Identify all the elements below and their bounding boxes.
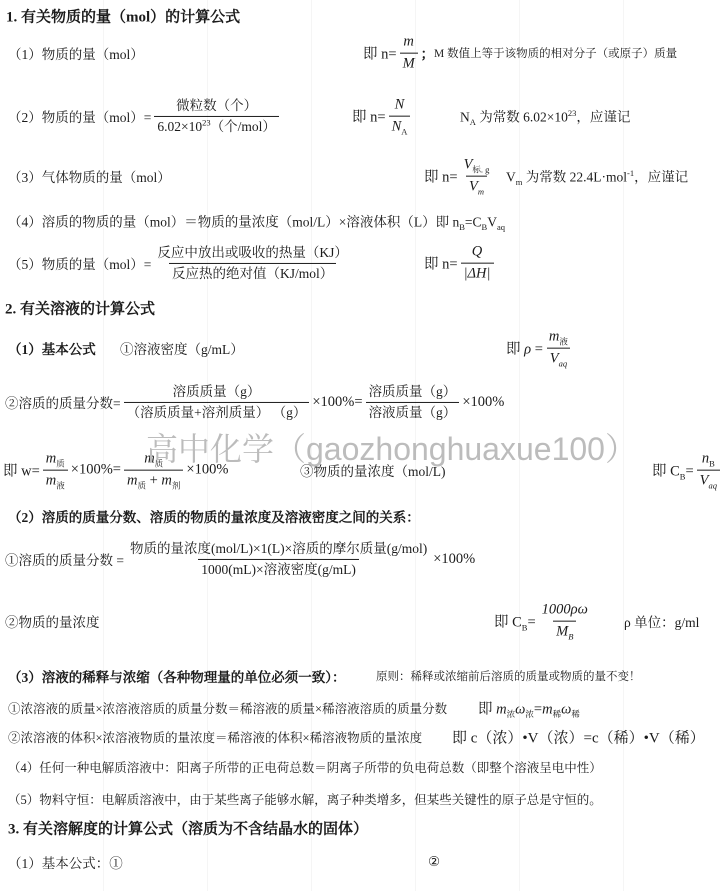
text: （4）任何一种电解质溶液中：阳离子所带的正电荷总数＝阴离子所带的负电荷总数（即整…: [8, 758, 602, 776]
item-text: （5）物料守恒：电解质溶液中，由于某些离子能够水解，离子种类增多，但某些关键性的…: [8, 790, 602, 808]
equation: 即 ρ = m液 Vaq: [506, 327, 574, 370]
section-3-title: 3. 有关溶解度的计算公式（溶质为不含结晶水的固体）: [8, 818, 368, 839]
equation: 即 m浓ω浓=m稀ω稀: [478, 697, 580, 718]
item-label: （5）物质的量（mol）= 反应中放出或吸收的热量（KJ） 反应热的绝对值（KJ…: [8, 243, 354, 283]
subscript: aq: [497, 222, 505, 232]
variable: ω: [561, 701, 571, 717]
numerator: 微粒数（个）: [173, 96, 260, 116]
formula-line-1-4: （4）溶质的物质的量（mol）＝物质的量浓度（mol/L）×溶液体积（L）即 n…: [0, 208, 726, 234]
numerator: m: [400, 32, 416, 53]
numerator: m质: [43, 449, 68, 470]
subsection-title: （3）溶液的稀释与浓缩（各种物理量的单位必须一致）：: [8, 666, 346, 686]
label-text: ②物质的量浓度: [5, 611, 100, 631]
den-text: N: [392, 119, 402, 135]
item-2-4: （4）任何一种电解质溶液中：阳离子所带的正电荷总数＝阴离子所带的负电荷总数（即整…: [0, 756, 726, 778]
formula-line-3-1: （1）基本公式：① ②: [0, 850, 726, 874]
formula-line-2-5: ②物质的量浓度 即 CB= 1000ρω MB ρ 单位：g/ml: [0, 596, 726, 646]
den-text: m: [161, 473, 171, 489]
title-text: 3. 有关溶解度的计算公式（溶质为不含结晶水的固体）: [8, 818, 368, 839]
note-part: 为常数 6.02×10: [476, 109, 568, 124]
equation: 即 w= m质 m液 ×100%= m质 m质 + m剂 ×100%: [3, 449, 228, 492]
note-part: 为常数 22.4L·mol: [522, 169, 627, 184]
eq-part: =: [527, 614, 535, 630]
unit-note: ρ 单位：g/ml: [624, 611, 699, 631]
denominator: 1000(mL)×溶液密度(g/mL): [198, 559, 359, 580]
fraction: 溶质质量（g） （溶质质量+溶剂质量） （g）: [124, 382, 310, 422]
denominator: NA: [389, 116, 411, 138]
fraction: m液 Vaq: [546, 327, 571, 370]
section-2-title: 2. 有关溶液的计算公式: [5, 298, 155, 319]
num-subscript: 质: [56, 459, 65, 469]
eq-part: =: [685, 463, 693, 479]
text: ①溶液密度（g/mL）: [120, 338, 244, 358]
formula-line-2-7: ②浓溶液的体积×浓溶液物质的量浓度＝稀溶液的体积×稀溶液物质的量浓度 即 c（浓…: [0, 724, 726, 750]
numerator: Q: [469, 242, 485, 263]
equation: 即 CB= 1000ρω MB: [494, 600, 594, 643]
label-text: （2）物质的量（mol）=: [8, 106, 151, 126]
equation: 即 c（浓）•V（浓）=c（稀）•V（稀）: [452, 727, 705, 748]
text-part: V: [487, 214, 497, 229]
equation-prefix: 即 CB=: [494, 610, 536, 631]
fraction: 反应中放出或吸收的热量（KJ） 反应热的绝对值（KJ/mol）: [154, 243, 351, 283]
num-subscript: 液: [559, 337, 568, 347]
text: ③物质的量浓度（mol/L): [300, 460, 446, 480]
numerator: 1000ρω: [539, 600, 591, 621]
label-text: （1）物质的量（mol）: [8, 43, 144, 63]
eq-part: 即 C: [652, 463, 680, 479]
fraction: V标. g Vm: [461, 155, 493, 198]
eq-part: =: [534, 701, 542, 717]
eq-part: 即 C: [494, 614, 522, 630]
mid-operator: ×100%=: [71, 462, 121, 479]
formula-line-2-3: 即 w= m质 m液 ×100%= m质 m质 + m剂 ×100% ③物质的量…: [0, 438, 726, 502]
section-3: 3. 有关溶解度的计算公式（溶质为不含结晶水的固体）: [0, 816, 726, 840]
eq-part: =: [531, 342, 543, 358]
text-part: （4）溶质的物质的量（mol）＝物质的量浓度（mol/L）×溶液体积（L）即 n: [8, 214, 459, 229]
title-text: （3）溶液的稀释与浓缩（各种物理量的单位必须一致）：: [8, 666, 346, 686]
den-text: V: [469, 179, 478, 195]
den-text: m: [127, 473, 137, 489]
tail-operator: ×100%: [462, 394, 504, 411]
equation-text: 即 m浓ω浓=m稀ω稀: [478, 697, 580, 718]
fraction: m质 m液: [43, 449, 68, 492]
label-text: （1）基本公式: [8, 338, 96, 358]
fraction: 微粒数（个） 6.02×1023（个/mol）: [154, 96, 279, 136]
denominator: MB: [553, 621, 576, 643]
equation: ②溶质的质量分数= 溶质质量（g） （溶质质量+溶剂质量） （g） ×100%=…: [5, 382, 504, 422]
variable: V: [506, 169, 516, 184]
denominator: |ΔH|: [461, 263, 494, 285]
note: M 数值上等于该物质的相对分子（或原子）质量: [434, 45, 677, 61]
formula-line-2-1: （1）基本公式 ①溶液密度（g/mL） 即 ρ = m液 Vaq: [0, 324, 726, 372]
den-subscript: 质: [137, 480, 146, 490]
note: NA 为常数 6.02×1023，应谨记: [460, 105, 630, 126]
den-text: V: [550, 351, 559, 367]
item-text: （4）任何一种电解质溶液中：阳离子所带的正电荷总数＝阴离子所带的负电荷总数（即整…: [8, 758, 602, 776]
denominator: 6.02×1023（个/mol）: [154, 116, 279, 137]
item-label-2: ②: [428, 854, 440, 870]
denominator: m液: [43, 470, 68, 492]
text-part: =C: [465, 214, 482, 229]
denominator: 溶液质量（g）: [366, 402, 460, 423]
label-text: ②溶质的质量分数=: [5, 392, 121, 412]
variable: ω: [515, 701, 525, 717]
denominator: 反应热的绝对值（KJ/mol）: [169, 263, 336, 284]
fraction: 1000ρω MB: [539, 600, 591, 643]
note-part: ，应谨记: [576, 109, 630, 124]
equation-prefix: 即 w=: [3, 460, 40, 481]
subscript: 浓: [507, 709, 516, 719]
fraction: 物质的量浓度(mol/L)×1(L)×溶质的摩尔质量(g/mol) 1000(m…: [127, 539, 430, 579]
equation: 即 n= Q |ΔH|: [424, 242, 497, 285]
item-label: （2）物质的量（mol）= 微粒数（个） 6.02×1023（个/mol）: [8, 96, 282, 136]
numerator: m液: [546, 327, 571, 348]
formula-line-1-3: （3）气体物质的量（mol） 即 n= V标. g Vm Vm 为常数 22.4…: [0, 150, 726, 202]
equation: 即 CB= nB Vaq: [652, 449, 723, 492]
num-subscript: B: [709, 459, 715, 469]
numerator: 溶质质量（g）: [366, 382, 460, 402]
denominator: m质 + m剂: [124, 470, 183, 492]
numerator: V标. g: [461, 155, 493, 176]
fraction: nB Vaq: [697, 449, 720, 492]
section-1: 1. 有关物质的量（mol）的计算公式: [0, 4, 726, 28]
eq-part: 即: [506, 342, 524, 358]
formula-line-1-2: （2）物质的量（mol）= 微粒数（个） 6.02×1023（个/mol） 即 …: [0, 90, 726, 142]
denominator: M: [400, 53, 418, 75]
sub-item-3: ③物质的量浓度（mol/L): [300, 460, 446, 480]
note-text: M 数值上等于该物质的相对分子（或原子）质量: [434, 45, 677, 61]
variable: N: [460, 109, 470, 124]
title-text: 2. 有关溶液的计算公式: [5, 298, 155, 319]
equation-text: 即 c（浓）•V（浓）=c（稀）•V（稀）: [452, 727, 705, 748]
den-text: m: [46, 473, 56, 489]
numerator: nB: [699, 449, 718, 470]
num-subscript: 质: [155, 459, 164, 469]
fraction: Q |ΔH|: [461, 242, 494, 285]
variable: m: [542, 701, 552, 717]
label-text: ②: [428, 854, 440, 870]
equation-prefix: 即 n=: [424, 253, 458, 274]
page-background: 高中化学（gaozhonghuaxue100） 1. 有关物质的量（mol）的计…: [0, 0, 726, 891]
title-text: 1. 有关物质的量（mol）的计算公式: [6, 6, 240, 27]
equation: ①溶质的质量分数 = 物质的量浓度(mol/L)×1(L)×溶质的摩尔质量(g/…: [5, 539, 475, 579]
den-subscript: 液: [56, 480, 65, 490]
num-text: m: [549, 329, 559, 345]
num-text: m: [144, 451, 154, 467]
subsection-2-3: （3）溶液的稀释与浓缩（各种物理量的单位必须一致）： 原则：稀释或浓缩前后溶质的…: [0, 664, 726, 688]
equation: 即 n= V标. g Vm: [424, 155, 495, 198]
equation-prefix: 即 CB=: [652, 459, 694, 480]
den-subscript: B: [568, 631, 573, 641]
item-text: ②浓溶液的体积×浓溶液物质的量浓度＝稀溶液的体积×稀溶液物质的量浓度: [8, 728, 422, 746]
subsection-title: （2）溶质的质量分数、溶质的物质的量浓度及溶液密度之间的关系：: [8, 506, 420, 526]
item-text: （4）溶质的物质的量（mol）＝物质的量浓度（mol/L）×溶液体积（L）即 n…: [8, 210, 505, 231]
formula-line-2-4: ①溶质的质量分数 = 物质的量浓度(mol/L)×1(L)×溶质的摩尔质量(g/…: [0, 530, 726, 588]
item-label: （1）基本公式: [8, 338, 96, 358]
den-text: V: [700, 473, 709, 489]
formula-line-2-6: ①浓溶液的质量×浓溶液溶质的质量分数＝稀溶液的质量×稀溶液溶质的质量分数 即 m…: [0, 696, 726, 720]
principle-note: 原则：稀释或浓缩前后溶质的质量或物质的量不变！: [376, 668, 641, 684]
equation: 即 n= m M ；: [363, 32, 434, 75]
denominator: Vm: [466, 176, 487, 198]
note-text: ρ 单位：g/ml: [624, 611, 699, 631]
fraction: m质 m质 + m剂: [124, 449, 183, 492]
note-text: Vm 为常数 22.4L·mol-1，应谨记: [506, 165, 688, 186]
subscript: 稀: [571, 709, 580, 719]
tail-operator: ×100%: [186, 462, 228, 479]
note-text: 原则：稀释或浓缩前后溶质的质量或物质的量不变！: [376, 668, 641, 684]
item-label: （1）物质的量（mol）: [8, 43, 144, 63]
denominator: （溶质质量+溶剂质量） （g）: [124, 402, 310, 423]
den-subscript: 剂: [172, 480, 181, 490]
title-text: （2）溶质的质量分数、溶质的物质的量浓度及溶液密度之间的关系：: [8, 506, 420, 526]
item-label: （1）基本公式：①: [8, 852, 123, 872]
den-subscript: A: [401, 126, 407, 136]
sub-item-1: ①溶液密度（g/mL）: [120, 338, 244, 358]
item-label: ②物质的量浓度: [5, 611, 100, 631]
num-text: m: [46, 451, 56, 467]
item-2-5: （5）物料守恒：电解质溶液中，由于某些离子能够水解，离子种类增多，但某些关键性的…: [0, 788, 726, 810]
section-1-title: 1. 有关物质的量（mol）的计算公式: [6, 6, 240, 27]
num-subscript: 标. g: [472, 165, 489, 175]
plus-operator: +: [146, 473, 161, 489]
equation-prefix: 即 n=: [363, 43, 397, 64]
formula-line-2-2: ②溶质的质量分数= 溶质质量（g） （溶质质量+溶剂质量） （g） ×100%=…: [0, 376, 726, 428]
den-subscript: aq: [709, 480, 718, 490]
numerator: 溶质质量（g）: [170, 382, 264, 402]
den-text: M: [556, 624, 568, 640]
den-subscript: aq: [559, 358, 568, 368]
eq-part: 即: [478, 701, 496, 717]
denominator: Vaq: [547, 348, 570, 370]
equation-prefix: 即 ρ =: [506, 338, 543, 359]
numerator: m质: [141, 449, 166, 470]
formula-line-1-5: （5）物质的量（mol）= 反应中放出或吸收的热量（KJ） 反应热的绝对值（KJ…: [0, 236, 726, 290]
fraction: m M: [400, 32, 418, 75]
text: （4）溶质的物质的量（mol）＝物质的量浓度（mol/L）×溶液体积（L）即 n…: [8, 210, 505, 231]
variable: m: [496, 701, 506, 717]
document-page: { "page": {"background": "#ffffff", "tex…: [0, 0, 726, 891]
label-text: （5）物质的量（mol）=: [8, 253, 151, 273]
note-text: NA 为常数 6.02×1023，应谨记: [460, 105, 630, 126]
tail-operator: ×100%: [433, 551, 475, 568]
section-2: 2. 有关溶液的计算公式: [0, 296, 726, 320]
text: ②浓溶液的体积×浓溶液物质的量浓度＝稀溶液的体积×稀溶液物质的量浓度: [8, 728, 422, 746]
subscript: 稀: [553, 709, 562, 719]
numerator: 反应中放出或吸收的热量（KJ）: [154, 243, 351, 263]
equation: 即 n= N NA: [352, 95, 413, 138]
note-part: ，应谨记: [634, 169, 688, 184]
note: Vm 为常数 22.4L·mol-1，应谨记: [506, 165, 688, 186]
den-text: （个/mol）: [211, 119, 276, 134]
den-superscript: 23: [202, 117, 211, 127]
label-text: （1）基本公式：①: [8, 852, 123, 872]
fraction: 溶质质量（g） 溶液质量（g）: [366, 382, 460, 422]
item-text: ①浓溶液的质量×浓溶液溶质的质量分数＝稀溶液的质量×稀溶液溶质的质量分数: [8, 699, 447, 717]
denominator: Vaq: [697, 470, 720, 492]
numerator: N: [392, 95, 408, 116]
subscript: 浓: [525, 709, 534, 719]
formula-line-1-1: （1）物质的量（mol） 即 n= m M ； M 数值上等于该物质的相对分子（…: [0, 32, 726, 74]
den-subscript: m: [478, 186, 484, 196]
item-label: （3）气体物质的量（mol）: [8, 166, 171, 186]
fraction: N NA: [389, 95, 411, 138]
mid-operator: ×100%=: [312, 394, 362, 411]
label-text: （3）气体物质的量（mol）: [8, 166, 171, 186]
equation-prefix: 即 n=: [352, 106, 386, 127]
subsection-2-2: （2）溶质的质量分数、溶质的物质的量浓度及溶液密度之间的关系：: [0, 504, 726, 528]
text: （5）物料守恒：电解质溶液中，由于某些离子能够水解，离子种类增多，但某些关键性的…: [8, 790, 602, 808]
numerator: 物质的量浓度(mol/L)×1(L)×溶质的摩尔质量(g/mol): [127, 539, 430, 559]
den-text: 6.02×10: [157, 119, 202, 134]
text: ①浓溶液的质量×浓溶液溶质的质量分数＝稀溶液的质量×稀溶液溶质的质量分数: [8, 699, 447, 717]
separator: ；: [421, 43, 435, 63]
equation-prefix: 即 n=: [424, 166, 458, 187]
label-text: ①溶质的质量分数 =: [5, 549, 124, 569]
